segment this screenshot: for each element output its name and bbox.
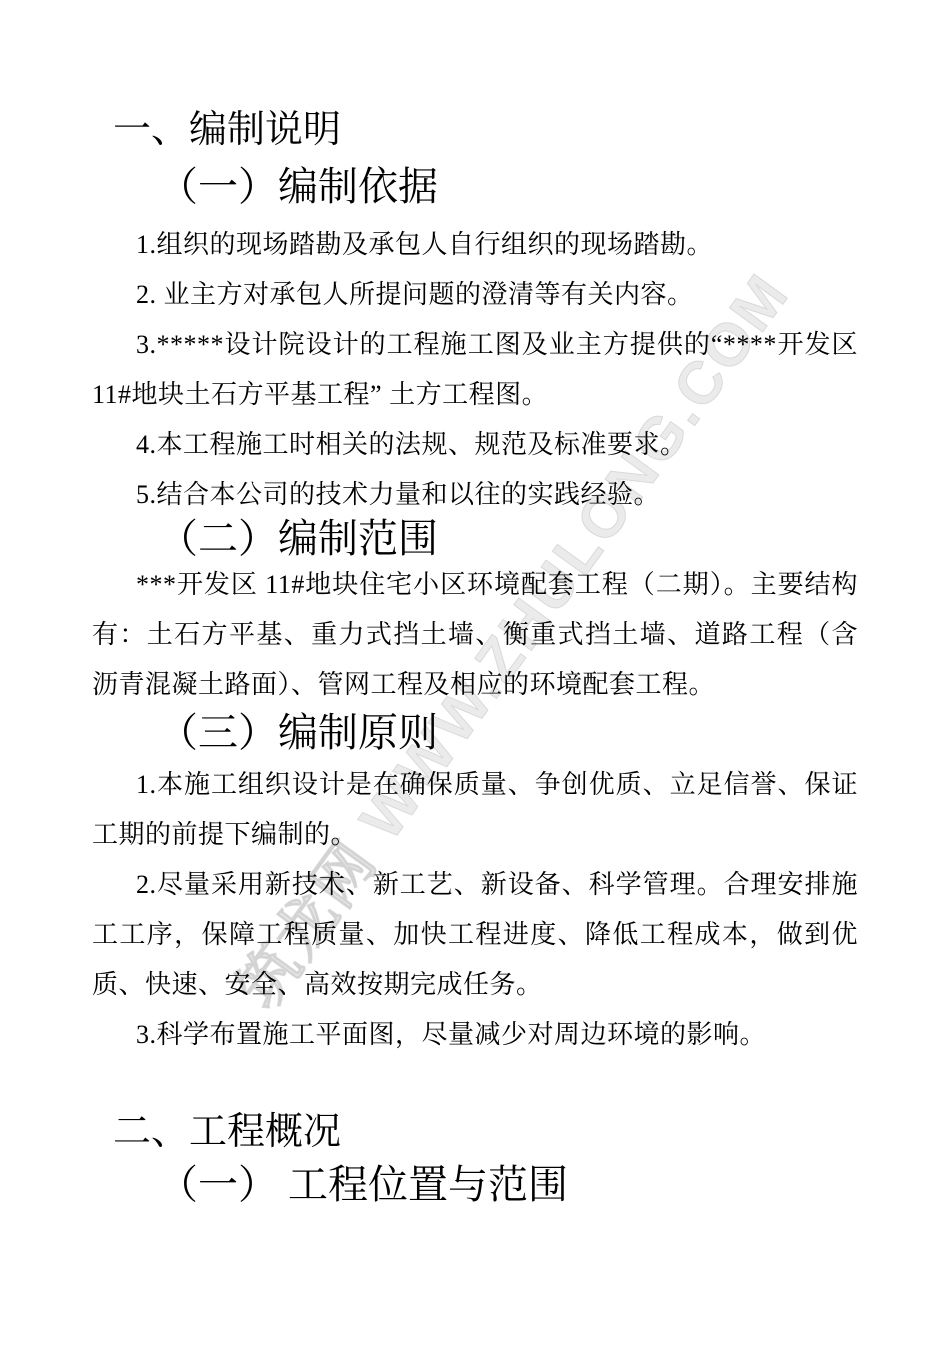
heading-compilation-principles: （三）编制原则	[158, 706, 858, 760]
list-item: 1.本施工组织设计是在确保质量、争创优质、立足信誉、保证工期的前提下编制的。	[92, 760, 858, 860]
list-item: 2. 业主方对承包人所提问题的澄清等有关内容。	[92, 270, 858, 320]
list-item: 3.*****设计院设计的工程施工图及业主方提供的“****开发区11#地块土石…	[92, 320, 858, 420]
heading-project-location-scope: （一） 工程位置与范围	[158, 1158, 858, 1212]
list-item: 3.科学布置施工平面图，尽量减少对周边环境的影响。	[92, 1010, 858, 1060]
heading-compilation-scope: （二）编制范围	[158, 512, 858, 566]
list-item: 4.本工程施工时相关的法规、规范及标准要求。	[92, 420, 858, 470]
heading-compilation-basis: （一）编制依据	[158, 160, 858, 214]
page-content: 一、编制说明 （一）编制依据 1.组织的现场踏勘及承包人自行组织的现场踏勘。 2…	[92, 106, 858, 1212]
heading-compilation-description: 一、编制说明	[113, 106, 858, 154]
scope-paragraph: ***开发区 11#地块住宅小区环境配套工程（二期）。主要结构有：土石方平基、重…	[92, 560, 858, 710]
list-item: 1.组织的现场踏勘及承包人自行组织的现场踏勘。	[92, 220, 858, 270]
document-page: { "page": { "background": "#ffffff", "te…	[0, 0, 950, 1345]
list-item: 2.尽量采用新技术、新工艺、新设备、科学管理。合理安排施工工序，保障工程质量、加…	[92, 860, 858, 1010]
heading-project-overview: 二、工程概况	[113, 1108, 858, 1156]
